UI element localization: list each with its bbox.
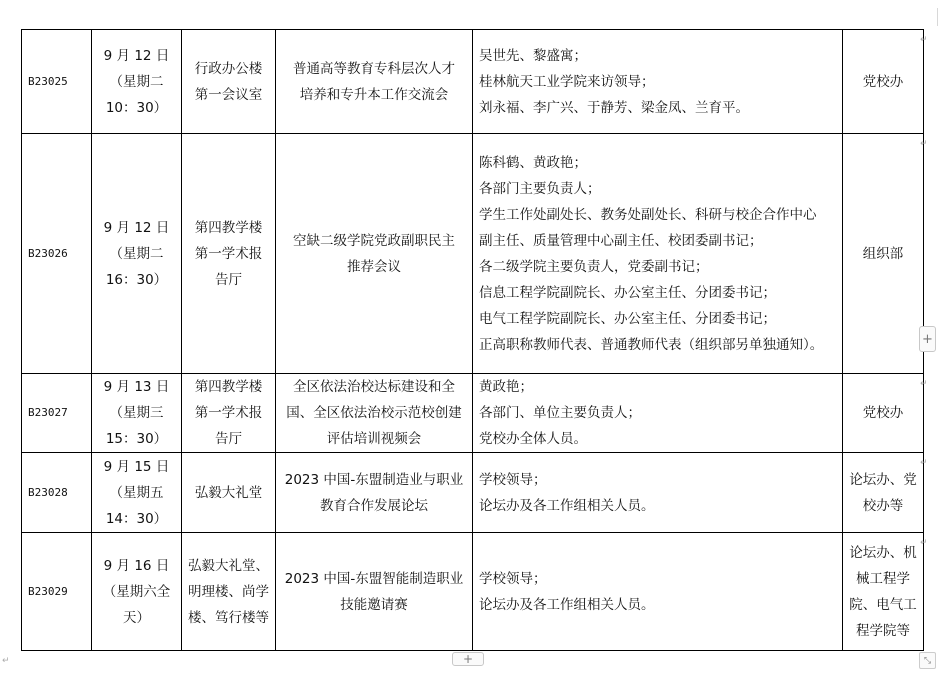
cell-location-line: 弘毅大礼堂、 [188, 553, 269, 579]
cell-attendees[interactable]: 黄政艳；各部门、单位主要负责人；党校办全体人员。 [473, 374, 843, 453]
cell-date-line: 10：30） [98, 95, 175, 121]
cell-location-line: 第四教学楼 [188, 215, 269, 241]
cell-attendees-line: 论坛办及各工作组相关人员。 [479, 493, 836, 519]
cell-topic-line: 评估培训视频会 [282, 426, 466, 452]
cell-topic-line: 教育合作发展论坛 [282, 493, 466, 519]
table-row: B230269 月 12 日（星期二16：30）第四教学楼第一学术报告厅空缺二级… [22, 134, 924, 374]
cell-date-line: （星期六全 [98, 579, 175, 605]
cell-id-text: B23025 [28, 75, 68, 88]
cell-attendees-line: 黄政艳； [479, 374, 836, 400]
cell-topic-line: 全区依法治校达标建设和全 [282, 374, 466, 400]
cell-organizer-line: 党校办 [849, 69, 917, 95]
cell-date-line: 9 月 16 日 [98, 553, 175, 579]
cell-organizer[interactable]: 论坛办、机械工程学院、电气工程学院等 [843, 533, 924, 651]
cell-attendees-line: 学生工作处副处长、教务处副处长、科研与校企合作中心 [479, 202, 836, 228]
cell-location[interactable]: 弘毅大礼堂 [182, 453, 276, 533]
cell-location-line: 楼、笃行楼等 [188, 605, 269, 631]
cell-attendees-line: 信息工程学院副院长、办公室主任、分团委书记； [479, 280, 836, 306]
cell-topic[interactable]: 普通高等教育专科层次人才培养和专升本工作交流会 [276, 30, 473, 134]
cell-id[interactable]: B23029 [22, 533, 92, 651]
cell-attendees-line: 正高职称教师代表、普通教师代表（组织部另单独通知）。 [479, 332, 836, 358]
cell-topic-line: 2023 中国-东盟制造业与职业 [282, 467, 466, 493]
cell-id[interactable]: B23026 [22, 134, 92, 374]
cell-date[interactable]: 9 月 15 日（星期五14：30） [92, 453, 182, 533]
cell-location-line: 弘毅大礼堂 [188, 480, 269, 506]
cell-topic-line: 普通高等教育专科层次人才 [282, 56, 466, 82]
cell-attendees-line: 副主任、质量管理中心副主任、校团委副书记； [479, 228, 836, 254]
cell-attendees[interactable]: 学校领导；论坛办及各工作组相关人员。 [473, 453, 843, 533]
cell-location-line: 明理楼、尚学 [188, 579, 269, 605]
cell-date-line: （星期五 [98, 480, 175, 506]
cell-attendees-line: 电气工程学院副院长、办公室主任、分团委书记； [479, 306, 836, 332]
cell-date[interactable]: 9 月 16 日（星期六全天） [92, 533, 182, 651]
add-column-button[interactable]: + [919, 326, 936, 352]
schedule-table: B230259 月 12 日（星期二10：30）行政办公楼第一会议室普通高等教育… [21, 29, 924, 651]
cell-topic[interactable]: 空缺二级学院党政副职民主推荐会议 [276, 134, 473, 374]
cell-location[interactable]: 弘毅大礼堂、明理楼、尚学楼、笃行楼等 [182, 533, 276, 651]
cell-attendees[interactable]: 学校领导；论坛办及各工作组相关人员。 [473, 533, 843, 651]
cell-location-line: 告厅 [188, 426, 269, 452]
cell-topic-line: 国、全区依法治校示范校创建 [282, 400, 466, 426]
cell-date-line: （星期二 [98, 69, 175, 95]
cell-location-line: 第四教学楼 [188, 374, 269, 400]
cell-organizer-line: 论坛办、机 [849, 540, 917, 566]
cell-organizer-line: 论坛办、党 [849, 467, 917, 493]
cell-attendees-line: 刘永福、李广兴、于静芳、梁金凤、兰育平。 [479, 95, 836, 121]
paragraph-mark: ↵ [2, 656, 10, 666]
cell-organizer-line: 组织部 [849, 241, 917, 267]
row-end-mark: ↵ [920, 379, 928, 389]
row-end-mark: ↵ [920, 139, 928, 149]
cell-attendees[interactable]: 陈科鹤、黄政艳；各部门主要负责人；学生工作处副处长、教务处副处长、科研与校企合作… [473, 134, 843, 374]
cell-location-line: 行政办公楼 [188, 56, 269, 82]
cell-attendees-line: 各部门主要负责人； [479, 176, 836, 202]
cell-location-line: 第一学术报 [188, 400, 269, 426]
cell-attendees-line: 学校领导； [479, 566, 836, 592]
cell-organizer[interactable]: 党校办 [843, 30, 924, 134]
table-row: B230279 月 13 日（星期三15：30）第四教学楼第一学术报告厅全区依法… [22, 374, 924, 453]
cell-date-line: 14：30） [98, 506, 175, 532]
cell-organizer-line: 程学院等 [849, 618, 917, 644]
add-row-button[interactable]: + [452, 652, 484, 666]
cell-attendees-line: 论坛办及各工作组相关人员。 [479, 592, 836, 618]
cell-id-text: B23027 [28, 406, 68, 419]
cell-date-line: （星期二 [98, 241, 175, 267]
cell-id-text: B23028 [28, 486, 68, 499]
cell-id-text: B23026 [28, 247, 68, 260]
cell-topic-line: 2023 中国-东盟智能制造职业 [282, 566, 466, 592]
cell-topic[interactable]: 全区依法治校达标建设和全国、全区依法治校示范校创建评估培训视频会 [276, 374, 473, 453]
cell-topic-line: 技能邀请赛 [282, 592, 466, 618]
cell-organizer[interactable]: 论坛办、党校办等 [843, 453, 924, 533]
row-end-mark: ↵ [920, 35, 928, 45]
cell-topic[interactable]: 2023 中国-东盟智能制造职业技能邀请赛 [276, 533, 473, 651]
cell-date-line: 9 月 15 日 [98, 454, 175, 480]
cell-location-line: 第一学术报 [188, 241, 269, 267]
margin-corner-top-right [937, 8, 938, 26]
cell-date-line: 15：30） [98, 426, 175, 452]
row-end-mark: ↵ [920, 538, 928, 548]
cell-topic[interactable]: 2023 中国-东盟制造业与职业教育合作发展论坛 [276, 453, 473, 533]
table-resize-handle-icon[interactable]: ⤡ [919, 652, 936, 669]
cell-id[interactable]: B23028 [22, 453, 92, 533]
cell-organizer[interactable]: 党校办 [843, 374, 924, 453]
cell-organizer-line: 校办等 [849, 493, 917, 519]
cell-attendees-line: 陈科鹤、黄政艳； [479, 150, 836, 176]
cell-date-line: 9 月 12 日 [98, 215, 175, 241]
table-row: B230289 月 15 日（星期五14：30）弘毅大礼堂2023 中国-东盟制… [22, 453, 924, 533]
cell-location-line: 第一会议室 [188, 82, 269, 108]
cell-date-line: 16：30） [98, 267, 175, 293]
cell-attendees-line: 学校领导； [479, 467, 836, 493]
cell-date[interactable]: 9 月 12 日（星期二16：30） [92, 134, 182, 374]
cell-topic-line: 培养和专升本工作交流会 [282, 82, 466, 108]
cell-attendees-line: 党校办全体人员。 [479, 426, 836, 452]
cell-attendees-line: 各二级学院主要负责人，党委副书记； [479, 254, 836, 280]
cell-date[interactable]: 9 月 13 日（星期三15：30） [92, 374, 182, 453]
table-row: B230299 月 16 日（星期六全天）弘毅大礼堂、明理楼、尚学楼、笃行楼等2… [22, 533, 924, 651]
cell-attendees-line: 吴世先、黎盛寓； [479, 43, 836, 69]
cell-attendees[interactable]: 吴世先、黎盛寓；桂林航天工业学院来访领导；刘永福、李广兴、于静芳、梁金凤、兰育平… [473, 30, 843, 134]
cell-location-line: 告厅 [188, 267, 269, 293]
cell-date-line: 9 月 13 日 [98, 374, 175, 400]
cell-topic-line: 推荐会议 [282, 254, 466, 280]
cell-location[interactable]: 第四教学楼第一学术报告厅 [182, 134, 276, 374]
cell-date-line: 9 月 12 日 [98, 43, 175, 69]
table-row: B230259 月 12 日（星期二10：30）行政办公楼第一会议室普通高等教育… [22, 30, 924, 134]
cell-date[interactable]: 9 月 12 日（星期二10：30） [92, 30, 182, 134]
cell-id[interactable]: B23025 [22, 30, 92, 134]
row-end-mark: ↵ [920, 458, 928, 468]
cell-attendees-line: 桂林航天工业学院来访领导； [479, 69, 836, 95]
cell-location[interactable]: 第四教学楼第一学术报告厅 [182, 374, 276, 453]
cell-attendees-line: 各部门、单位主要负责人； [479, 400, 836, 426]
cell-organizer-line: 党校办 [849, 400, 917, 426]
cell-organizer-line: 院、电气工 [849, 592, 917, 618]
cell-topic-line: 空缺二级学院党政副职民主 [282, 228, 466, 254]
cell-organizer-line: 械工程学 [849, 566, 917, 592]
cell-id-text: B23029 [28, 585, 68, 598]
cell-id[interactable]: B23027 [22, 374, 92, 453]
cell-date-line: （星期三 [98, 400, 175, 426]
cell-date-line: 天） [98, 605, 175, 631]
cell-location[interactable]: 行政办公楼第一会议室 [182, 30, 276, 134]
cell-organizer[interactable]: 组织部 [843, 134, 924, 374]
